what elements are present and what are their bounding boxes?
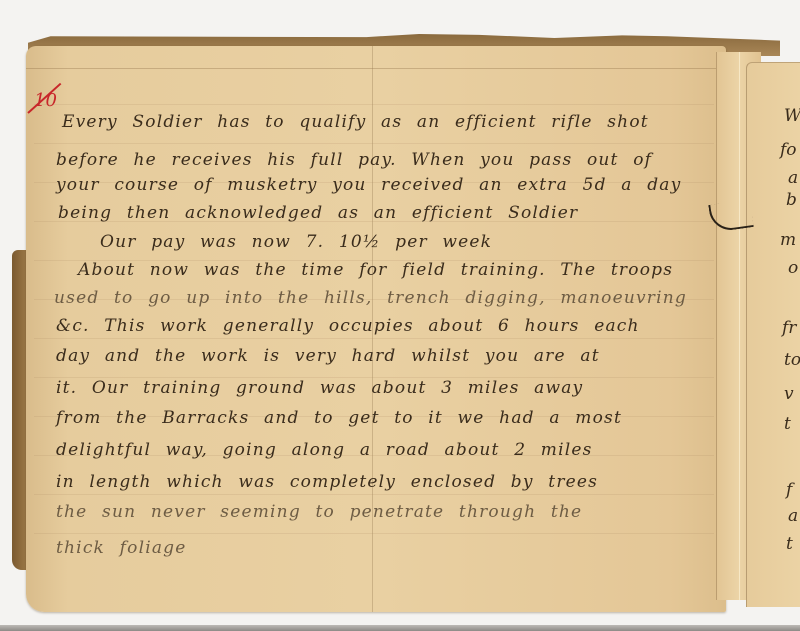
text-line: day and the work is very hard whilst you… — [56, 346, 600, 366]
text-line: it. Our training ground was about 3 mile… — [56, 378, 583, 398]
scanner-bottom-edge — [0, 625, 800, 631]
scanned-notebook: 10 Every Soldier has to qualify as an ef… — [0, 0, 800, 631]
text-line: &c. This work generally occupies about 6… — [56, 316, 640, 336]
facing-page-text: a — [788, 168, 798, 188]
text-line: being then acknowledged as an efficient … — [58, 203, 578, 223]
page-number-annotation: 10 — [34, 90, 57, 111]
text-line: Our pay was now 7. 10½ per week — [100, 232, 492, 252]
text-line: in length which was completely enclosed … — [56, 472, 598, 492]
text-line: before he receives his full pay. When yo… — [56, 150, 652, 170]
text-line: from the Barracks and to get to it we ha… — [56, 408, 622, 428]
ruled-line — [34, 104, 714, 105]
ruled-line — [34, 338, 714, 339]
facing-page-text: m — [780, 230, 796, 250]
facing-page-text: fr — [782, 318, 796, 338]
text-line: the sun never seeming to penetrate throu… — [56, 502, 582, 522]
facing-page-text: b — [786, 190, 797, 210]
ruled-line — [34, 143, 714, 144]
ruled-line — [34, 494, 714, 495]
facing-page-text: fo — [780, 140, 797, 160]
text-line: used to go up into the hills, trench dig… — [54, 288, 687, 308]
text-line: About now was the time for field trainin… — [78, 260, 673, 280]
facing-page-text: a — [788, 506, 798, 526]
facing-page-text: t — [786, 534, 793, 554]
facing-page-text: v — [784, 384, 794, 404]
text-line: Every Soldier has to qualify as an effic… — [62, 112, 649, 132]
text-line: delightful way, going along a road about… — [56, 440, 593, 460]
facing-page-text: t — [784, 414, 791, 434]
facing-page-text: to — [784, 350, 800, 370]
text-line: your course of musketry you received an … — [56, 175, 681, 195]
facing-page-text: f — [786, 480, 792, 500]
facing-page-text: W — [784, 106, 800, 126]
text-line: thick foliage — [56, 538, 187, 558]
facing-page-text: o — [788, 258, 798, 278]
ruled-line — [34, 533, 714, 534]
